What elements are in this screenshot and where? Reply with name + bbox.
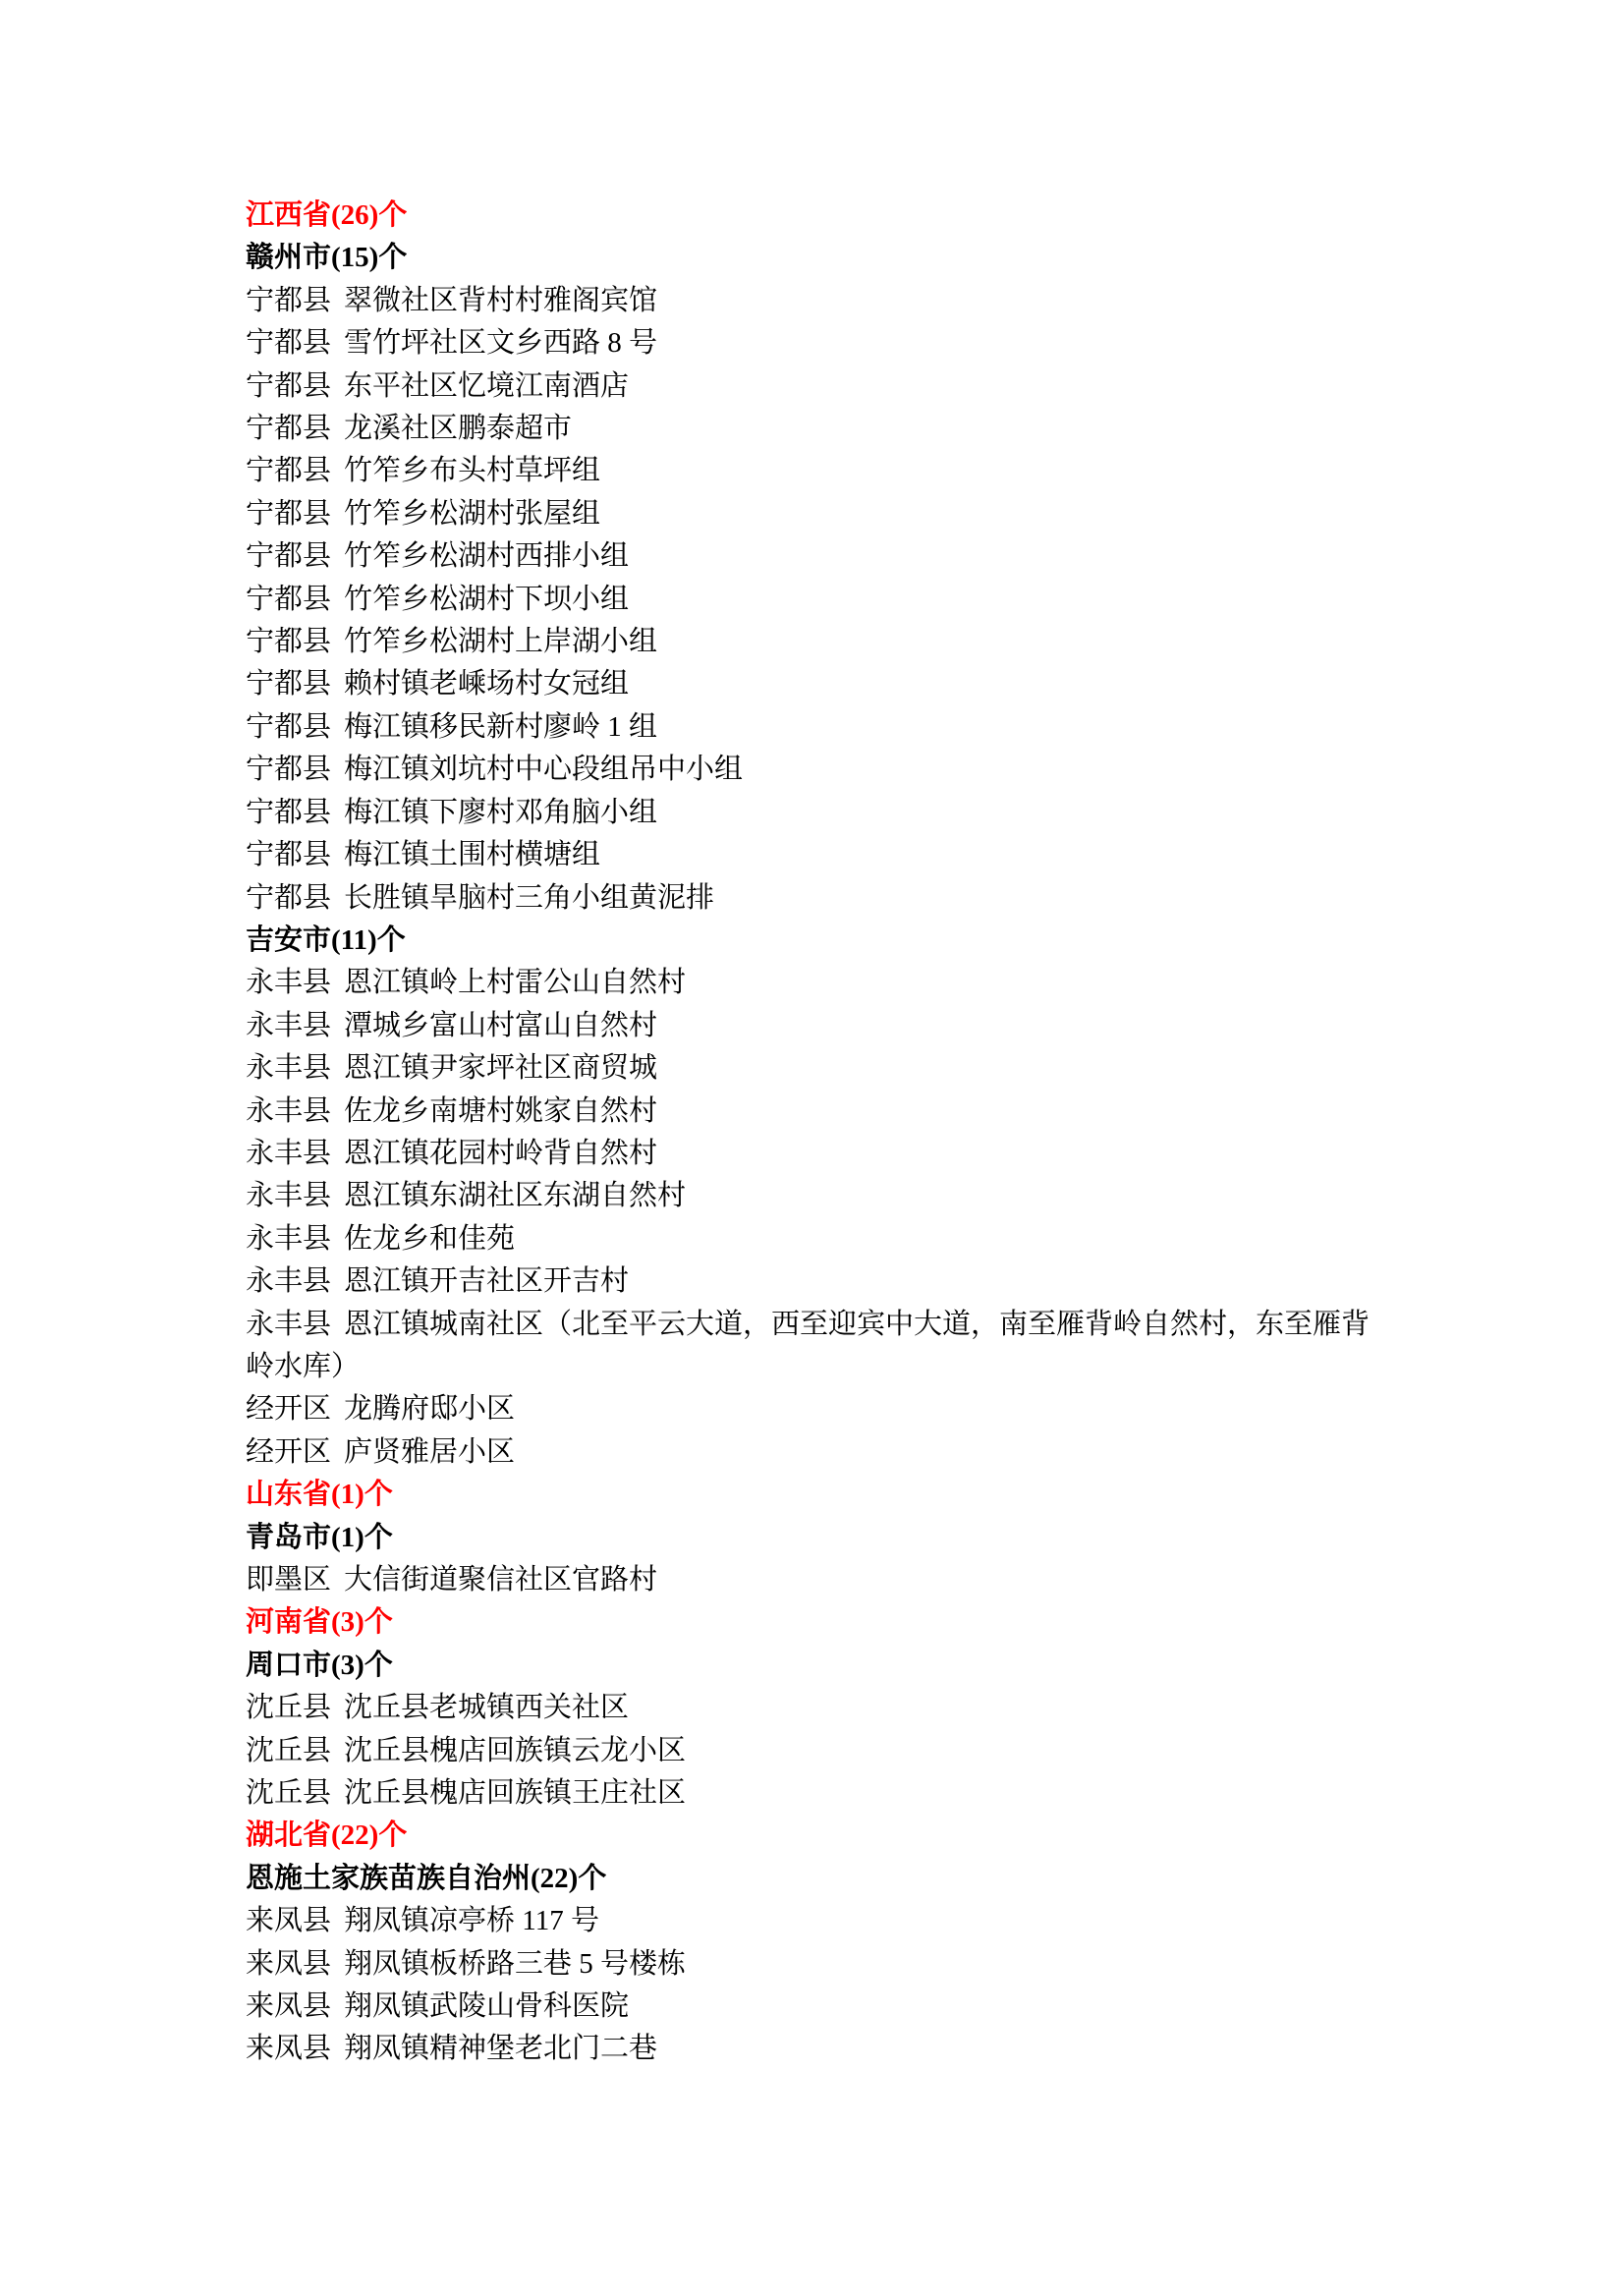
- address-text: 恩江镇开吉社区开吉村: [344, 1265, 629, 1297]
- county-name: 永丰县: [246, 1265, 331, 1297]
- county-name: 宁都县: [246, 626, 331, 657]
- entry-line: 永丰县恩江镇岭上村雷公山自然村: [246, 962, 1380, 1004]
- entry-line: 永丰县恩江镇东湖社区东湖自然村: [246, 1175, 1380, 1217]
- address-text: 佐龙乡和佳苑: [344, 1223, 515, 1255]
- county-name: 宁都县: [246, 584, 331, 615]
- county-name: 沈丘县: [246, 1692, 331, 1723]
- entry-line: 宁都县梅江镇下廖村邓角脑小组: [246, 792, 1380, 834]
- address-text: 竹笮乡松湖村下坝小组: [344, 584, 629, 615]
- address-text: 翔凤镇精神堡老北门二巷: [344, 2033, 657, 2064]
- entry-line: 宁都县竹笮乡松湖村张屋组: [246, 493, 1380, 535]
- entry-line: 来凤县翔凤镇凉亭桥 117 号: [246, 1900, 1380, 1942]
- address-text: 梅江镇刘坑村中心段组吊中小组: [344, 754, 743, 785]
- province-heading: 江西省(26)个: [246, 195, 1380, 237]
- address-text: 赖村镇老嵊场村女冠组: [344, 668, 629, 700]
- entry-line: 来凤县翔凤镇武陵山骨科医院: [246, 1986, 1380, 2028]
- document-page: 江西省(26)个赣州市(15)个宁都县翠微社区背村村雅阁宾馆宁都县雪竹坪社区文乡…: [0, 0, 1624, 2295]
- county-name: 来凤县: [246, 1990, 331, 2022]
- county-name: 宁都县: [246, 370, 331, 402]
- entry-line: 宁都县竹笮乡松湖村西排小组: [246, 535, 1380, 578]
- entry-line: 宁都县梅江镇移民新村廖岭 1 组: [246, 706, 1380, 749]
- address-text: 梅江镇土围村横塘组: [344, 839, 600, 870]
- county-name: 沈丘县: [246, 1777, 331, 1809]
- province-heading: 湖北省(22)个: [246, 1815, 1380, 1857]
- address-text: 恩江镇城南社区（北至平云大道，西至迎宾中大道，南至雁背岭自然村，东至雁背: [344, 1309, 1370, 1340]
- county-name: 来凤县: [246, 1905, 331, 1936]
- entry-line: 宁都县雪竹坪社区文乡西路 8 号: [246, 322, 1380, 364]
- county-name: 宁都县: [246, 285, 331, 316]
- county-name: 永丰县: [246, 1052, 331, 1084]
- address-text: 竹笮乡松湖村西排小组: [344, 540, 629, 572]
- entry-line: 宁都县竹笮乡布头村草坪组: [246, 450, 1380, 492]
- county-name: 宁都县: [246, 668, 331, 700]
- county-name: 宁都县: [246, 413, 331, 444]
- address-text: 恩江镇花园村岭背自然村: [344, 1138, 657, 1169]
- document-body: 江西省(26)个赣州市(15)个宁都县翠微社区背村村雅阁宾馆宁都县雪竹坪社区文乡…: [246, 195, 1380, 2071]
- county-name: 宁都县: [246, 455, 331, 486]
- province-heading: 河南省(3)个: [246, 1601, 1380, 1644]
- address-text: 沈丘县槐店回族镇王庄社区: [344, 1777, 686, 1809]
- county-name: 永丰县: [246, 1180, 331, 1211]
- address-text: 雪竹坪社区文乡西路 8 号: [344, 327, 657, 359]
- entry-continuation-line: 岭水库）: [246, 1346, 1380, 1388]
- address-text: 沈丘县槐店回族镇云龙小区: [344, 1735, 686, 1766]
- address-text: 东平社区忆境江南酒店: [344, 370, 629, 402]
- city-heading: 赣州市(15)个: [246, 237, 1380, 279]
- county-name: 永丰县: [246, 1309, 331, 1340]
- county-name: 宁都县: [246, 498, 331, 530]
- county-name: 宁都县: [246, 839, 331, 870]
- address-text: 恩江镇尹家坪社区商贸城: [344, 1052, 657, 1084]
- address-text: 翔凤镇凉亭桥 117 号: [344, 1905, 599, 1936]
- address-text: 龙溪社区鹏泰超市: [344, 413, 572, 444]
- address-text: 恩江镇东湖社区东湖自然村: [344, 1180, 686, 1211]
- address-text: 龙腾府邸小区: [344, 1393, 515, 1425]
- county-name: 宁都县: [246, 797, 331, 828]
- entry-line: 来凤县翔凤镇精神堡老北门二巷: [246, 2028, 1380, 2070]
- entry-line: 永丰县恩江镇花园村岭背自然村: [246, 1133, 1380, 1175]
- entry-line: 永丰县恩江镇城南社区（北至平云大道，西至迎宾中大道，南至雁背岭自然村，东至雁背: [246, 1304, 1380, 1346]
- entry-line: 宁都县翠微社区背村村雅阁宾馆: [246, 280, 1380, 322]
- address-text: 沈丘县老城镇西关社区: [344, 1692, 629, 1723]
- county-name: 永丰县: [246, 967, 331, 998]
- county-name: 来凤县: [246, 2033, 331, 2064]
- entry-line: 永丰县佐龙乡和佳苑: [246, 1218, 1380, 1260]
- entry-line: 来凤县翔凤镇板桥路三巷 5 号楼栋: [246, 1943, 1380, 1986]
- entry-line: 永丰县恩江镇尹家坪社区商贸城: [246, 1047, 1380, 1090]
- entry-line: 即墨区大信街道聚信社区官路村: [246, 1559, 1380, 1601]
- county-name: 宁都县: [246, 882, 331, 914]
- entry-line: 宁都县龙溪社区鹏泰超市: [246, 408, 1380, 450]
- entry-line: 宁都县竹笮乡松湖村上岸湖小组: [246, 621, 1380, 663]
- entry-line: 永丰县潭城乡富山村富山自然村: [246, 1005, 1380, 1047]
- county-name: 宁都县: [246, 327, 331, 359]
- address-text: 梅江镇下廖村邓角脑小组: [344, 797, 657, 828]
- city-heading: 恩施土家族苗族自治州(22)个: [246, 1858, 1380, 1900]
- address-text: 竹笮乡布头村草坪组: [344, 455, 600, 486]
- entry-line: 经开区龙腾府邸小区: [246, 1388, 1380, 1430]
- entry-line: 沈丘县沈丘县槐店回族镇王庄社区: [246, 1772, 1380, 1815]
- county-name: 永丰县: [246, 1223, 331, 1255]
- county-name: 永丰县: [246, 1010, 331, 1041]
- entry-line: 宁都县东平社区忆境江南酒店: [246, 365, 1380, 408]
- address-text: 佐龙乡南塘村姚家自然村: [344, 1095, 657, 1127]
- address-text: 竹笮乡松湖村上岸湖小组: [344, 626, 657, 657]
- entry-line: 沈丘县沈丘县老城镇西关社区: [246, 1687, 1380, 1729]
- address-text: 翠微社区背村村雅阁宾馆: [344, 285, 657, 316]
- county-name: 沈丘县: [246, 1735, 331, 1766]
- address-text: 翔凤镇板桥路三巷 5 号楼栋: [344, 1948, 686, 1980]
- address-text: 潭城乡富山村富山自然村: [344, 1010, 657, 1041]
- entry-line: 沈丘县沈丘县槐店回族镇云龙小区: [246, 1730, 1380, 1772]
- province-heading: 山东省(1)个: [246, 1474, 1380, 1516]
- address-text: 翔凤镇武陵山骨科医院: [344, 1990, 629, 2022]
- address-text: 长胜镇旱脑村三角小组黄泥排: [344, 882, 714, 914]
- entry-line: 永丰县恩江镇开吉社区开吉村: [246, 1260, 1380, 1303]
- entry-line: 经开区庐贤雅居小区: [246, 1431, 1380, 1474]
- address-text: 恩江镇岭上村雷公山自然村: [344, 967, 686, 998]
- county-name: 宁都县: [246, 754, 331, 785]
- county-name: 经开区: [246, 1436, 331, 1468]
- county-name: 永丰县: [246, 1138, 331, 1169]
- county-name: 即墨区: [246, 1564, 331, 1595]
- entry-line: 宁都县梅江镇刘坑村中心段组吊中小组: [246, 749, 1380, 791]
- county-name: 经开区: [246, 1393, 331, 1425]
- county-name: 永丰县: [246, 1095, 331, 1127]
- address-text: 大信街道聚信社区官路村: [344, 1564, 657, 1595]
- county-name: 来凤县: [246, 1948, 331, 1980]
- entry-line: 宁都县长胜镇旱脑村三角小组黄泥排: [246, 877, 1380, 920]
- address-text: 竹笮乡松湖村张屋组: [344, 498, 600, 530]
- city-heading: 吉安市(11)个: [246, 920, 1380, 962]
- city-heading: 青岛市(1)个: [246, 1517, 1380, 1559]
- county-name: 宁都县: [246, 540, 331, 572]
- entry-line: 宁都县赖村镇老嵊场村女冠组: [246, 663, 1380, 705]
- entry-line: 宁都县竹笮乡松湖村下坝小组: [246, 579, 1380, 621]
- entry-line: 永丰县佐龙乡南塘村姚家自然村: [246, 1091, 1380, 1133]
- address-text: 庐贤雅居小区: [344, 1436, 515, 1468]
- city-heading: 周口市(3)个: [246, 1645, 1380, 1687]
- county-name: 宁都县: [246, 711, 331, 743]
- address-text: 梅江镇移民新村廖岭 1 组: [344, 711, 657, 743]
- entry-line: 宁都县梅江镇土围村横塘组: [246, 834, 1380, 876]
